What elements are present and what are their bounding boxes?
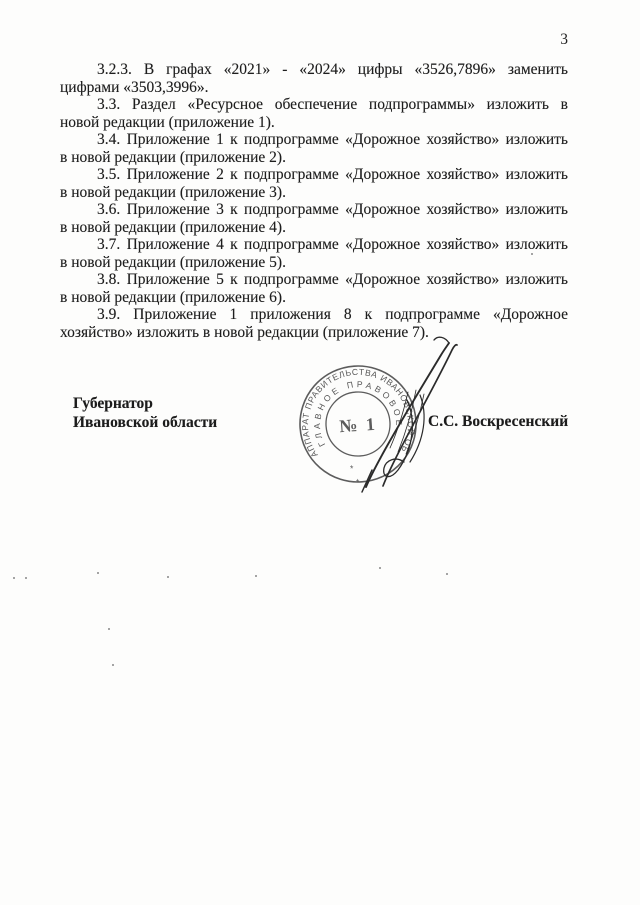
paragraph-3-5-line: 3.5. Приложение 2 к подпрограмме «Дорожн…	[60, 166, 568, 184]
paragraph-3-6-line: 3.6. Приложение 3 к подпрограмме «Дорожн…	[60, 201, 568, 219]
paragraph-3-3-line: новой редакции (приложение 1).	[60, 114, 568, 132]
stamp-number: № 1	[339, 414, 378, 437]
paragraph-3-6-line: в новой редакции (приложение 4).	[60, 219, 568, 237]
paragraph-3-4-line: 3.4. Приложение 1 к подпрограмме «Дорожн…	[60, 131, 568, 149]
scan-speck	[446, 573, 448, 575]
signer-title-line1: Губернатор	[73, 394, 217, 413]
scan-speck	[25, 577, 27, 579]
paragraph-3-7-line: 3.7. Приложение 4 к подпрограмме «Дорожн…	[60, 236, 568, 254]
paragraph-3-7-line: в новой редакции (приложение 5).	[60, 254, 568, 272]
scan-speck	[108, 628, 110, 630]
paragraph-3-3-line: 3.3. Раздел «Ресурсное обеспечение подпр…	[60, 96, 568, 114]
stamp-asterisk: *	[350, 463, 355, 473]
handwritten-signature	[362, 337, 457, 492]
stamp-outer-ring-text: АППАРАТ ПРАВИТЕЛЬСТВА ИВАНОВСКОЙ ОБЛАСТИ	[258, 330, 419, 465]
scan-speck	[13, 577, 15, 579]
scan-speck	[112, 664, 114, 666]
stamp-rings: АППАРАТ ПРАВИТЕЛЬСТВА ИВАНОВСКОЙ ОБЛАСТИ…	[258, 330, 421, 494]
document-page: 3 3.2.3. В графах «2021» - «2024» цифры …	[0, 0, 640, 905]
paragraph-3-8-line: 3.8. Приложение 5 к подпрограмме «Дорожн…	[60, 271, 568, 289]
document-body: 3.2.3. В графах «2021» - «2024» цифры «3…	[60, 61, 568, 341]
scan-speck	[531, 253, 533, 255]
paragraph-3-2-3-line: 3.2.3. В графах «2021» - «2024» цифры «3…	[60, 61, 568, 79]
paragraph-3-2-3-line: цифрами «3503,3996».	[60, 79, 568, 97]
signer-title: Губернатор Ивановской области	[73, 394, 217, 432]
scan-speck	[97, 572, 99, 574]
signature-stroke	[434, 337, 449, 343]
page-number: 3	[60, 31, 568, 48]
scan-speck	[167, 576, 169, 578]
paragraph-3-9-line: 3.9. Приложение 1 приложения 8 к подпрог…	[60, 306, 568, 324]
signer-title-line2: Ивановской области	[73, 413, 217, 432]
scan-speck	[255, 575, 257, 577]
paragraph-3-8-line: в новой редакции (приложение 6).	[60, 289, 568, 307]
paragraph-3-5-line: в новой редакции (приложение 3).	[60, 184, 568, 202]
scan-speck	[379, 567, 381, 569]
official-stamp: АППАРАТ ПРАВИТЕЛЬСТВА ИВАНОВСКОЙ ОБЛАСТИ…	[258, 330, 470, 512]
paragraph-3-4-line: в новой редакции (приложение 2).	[60, 149, 568, 167]
